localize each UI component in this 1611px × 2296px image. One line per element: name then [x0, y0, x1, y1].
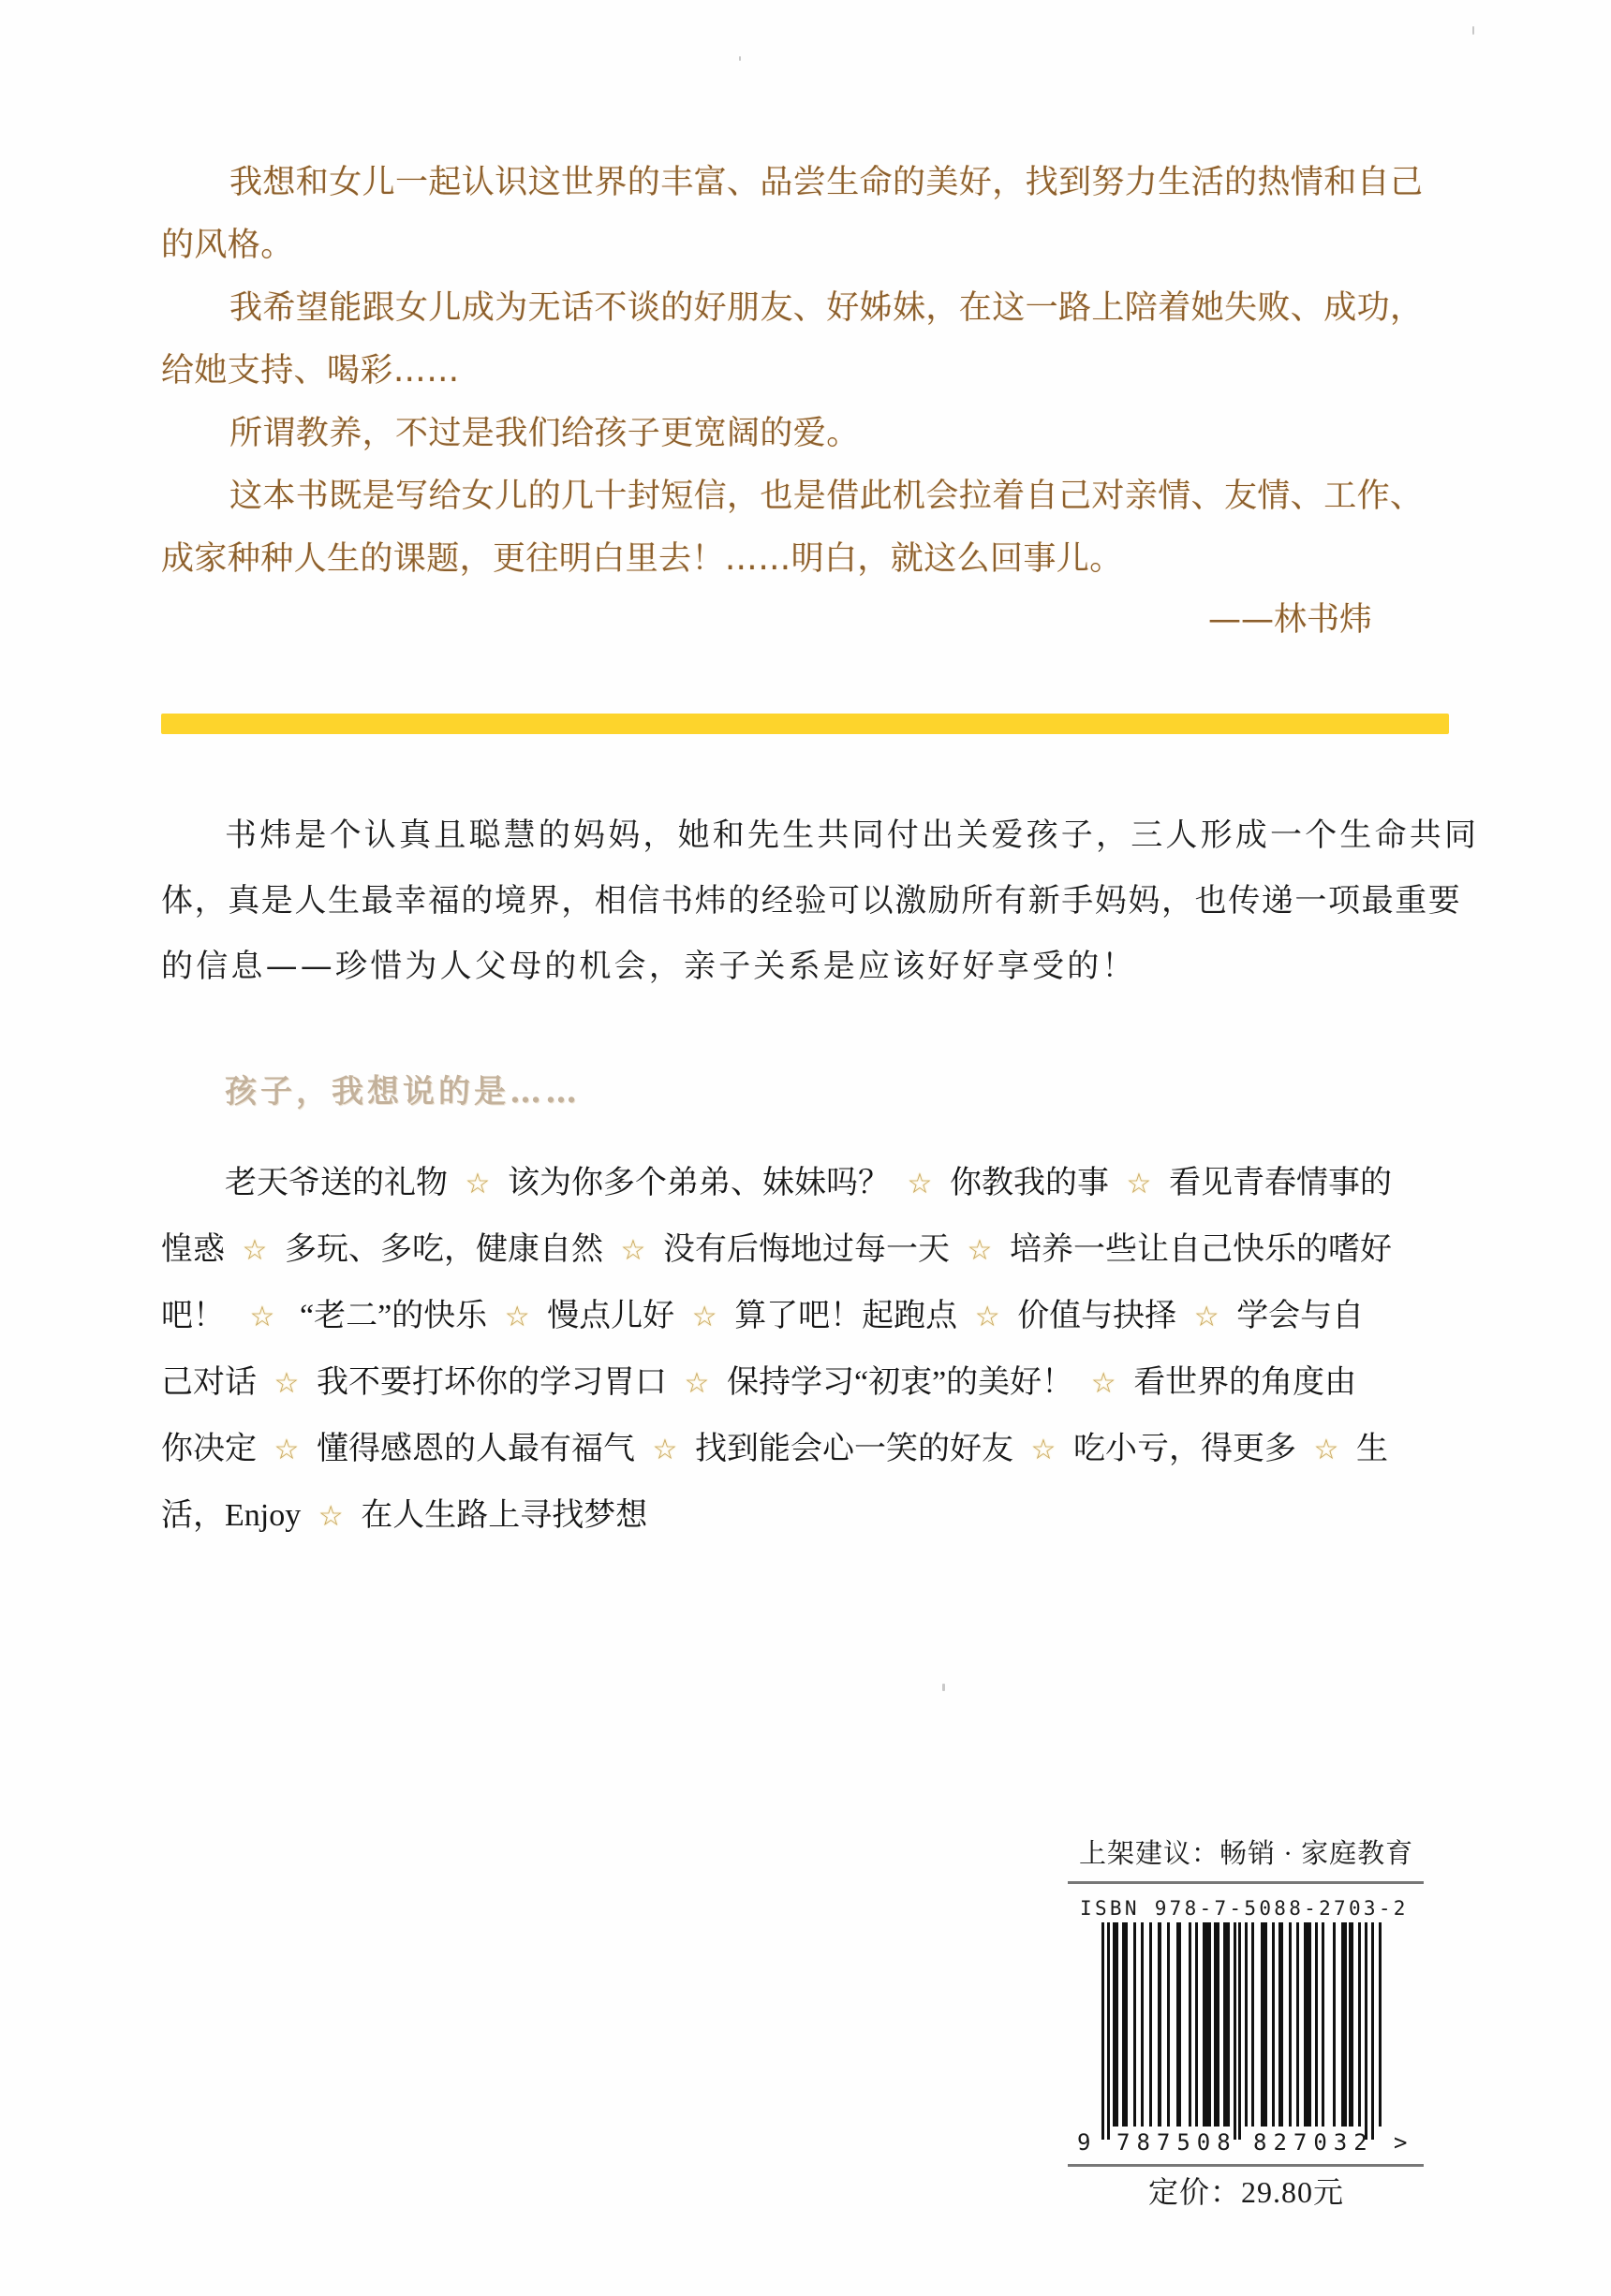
chapter-item: 价值与抉择: [1017, 1299, 1176, 1333]
barcode-bar: [1322, 1922, 1324, 2127]
star-icon: ☆: [1309, 1417, 1343, 1483]
barcode-bar: [1149, 1922, 1152, 2127]
star-icon: ☆: [238, 1217, 272, 1284]
barcode-bar: [1195, 1922, 1198, 2127]
barcode-bar: [1358, 1922, 1361, 2127]
scan-speck: [1472, 26, 1474, 35]
barcode-bar: [1296, 1922, 1299, 2127]
barcode-bar: [1333, 1922, 1336, 2127]
quote-author: ——林书炜: [1208, 592, 1372, 648]
quote-line: 成家种种人生的课题，更往明白里去！……明白，就这么回事儿。: [161, 528, 1454, 591]
chapter-item: “老二”的快乐: [300, 1299, 487, 1333]
star-icon: ☆: [1122, 1151, 1156, 1217]
barcode-bar: [1272, 1922, 1275, 2127]
endorsement-line: 书炜是个认真且聪慧的妈妈，她和先生共同付出关爱孩子，三人形成一个生命共同: [161, 802, 1454, 868]
chapter-line: 你决定☆懂得感恩的人最有福气☆找到能会心一笑的好友☆吃小亏，得更多☆生: [161, 1416, 1454, 1482]
chapter-line: 吧！☆“老二”的快乐☆慢点儿好☆算了吧！起跑点☆价值与抉择☆学会与自: [161, 1283, 1454, 1349]
barcode-bar: [1101, 1922, 1104, 2140]
barcode-bar: [1203, 1922, 1211, 2127]
barcode-bar: [1315, 1922, 1318, 2127]
quote-line: 所谓教养，不过是我们给孩子更宽阔的爱。: [161, 403, 1454, 465]
chapter-item: 慢点儿好: [547, 1299, 674, 1333]
scan-speck: [739, 56, 741, 61]
barcode-bar: [1304, 1922, 1311, 2127]
star-icon: ☆: [648, 1417, 682, 1483]
star-icon: ☆: [1190, 1284, 1223, 1350]
book-back-cover: 我想和女儿一起认识这世界的丰富、品尝生命的美好，找到努力生活的热情和自己 的风格…: [0, 0, 1611, 2296]
chapter-item: 算了吧！起跑点: [734, 1299, 957, 1333]
barcode-bar: [1158, 1922, 1161, 2127]
star-icon: ☆: [963, 1217, 997, 1284]
chapter-item: 吧！: [161, 1299, 225, 1333]
barcode-quiet-zone-arrow: >: [1394, 2127, 1407, 2158]
barcode-bar: [1122, 1922, 1128, 2127]
star-icon: ☆: [270, 1417, 303, 1483]
star-icon: ☆: [1027, 1417, 1060, 1483]
chapter-item: 你教我的事: [950, 1166, 1109, 1200]
barcode-bar: [1238, 1922, 1241, 2140]
star-icon: ☆: [970, 1284, 1004, 1350]
chapter-item: 保持学习“初衷”的美好！: [727, 1365, 1073, 1400]
star-icon: ☆: [1086, 1350, 1120, 1417]
star-icon: ☆: [687, 1284, 721, 1350]
isbn-number: ISBN 978-7-5088-2703-2: [1080, 1894, 1409, 1922]
chapter-item: 培养一些让自己快乐的嗜好: [1010, 1232, 1392, 1267]
chapter-item: 找到能会心一笑的好友: [695, 1432, 1013, 1466]
quote-line: 给她支持、喝彩……: [161, 340, 1454, 403]
barcode-bar: [1223, 1922, 1230, 2127]
divider-line: [1068, 1881, 1424, 1884]
chapter-item: 该为你多个弟弟、妹妹吗？: [508, 1166, 890, 1200]
price-label: 定价：29.80元: [1148, 2171, 1344, 2214]
section-heading: 孩子，我想说的是……: [225, 1066, 581, 1118]
barcode-bar: [1141, 1922, 1144, 2127]
chapter-line: 己对话☆我不要打坏你的学习胃口☆保持学习“初衷”的美好！☆看世界的角度由: [161, 1349, 1454, 1416]
chapter-item: 没有后悔地过每一天: [663, 1232, 950, 1267]
isbn-barcode: [1101, 1922, 1387, 2133]
yellow-divider: [161, 714, 1449, 734]
barcode-bar: [1234, 1922, 1236, 2140]
star-icon: ☆: [461, 1151, 495, 1217]
chapter-item: 老天爷送的礼物: [225, 1166, 448, 1200]
star-icon: ☆: [270, 1350, 303, 1417]
endorsement-line: 体，真是人生最幸福的境界，相信书炜的经验可以激励所有新手妈妈，也传递一项最重要: [161, 868, 1454, 934]
author-quote: 我想和女儿一起认识这世界的丰富、品尝生命的美好，找到努力生活的热情和自己 的风格…: [161, 152, 1454, 591]
barcode-bar: [1251, 1922, 1254, 2127]
chapter-line: 活，Enjoy☆在人生路上寻找梦想: [161, 1482, 1454, 1549]
quote-line: 我希望能跟女儿成为无话不谈的好朋友、好姊妹，在这一路上陪着她失败、成功，: [161, 277, 1454, 340]
quote-line: 这本书既是写给女儿的几十封短信，也是借此机会拉着自己对亲情、友情、工作、: [161, 465, 1454, 528]
barcode-digit-prefix: 9: [1077, 2127, 1090, 2158]
chapter-item: 看世界的角度由: [1133, 1365, 1356, 1400]
barcode-bar: [1278, 1922, 1283, 2127]
star-icon: ☆: [903, 1151, 937, 1217]
barcode-bar: [1379, 1922, 1382, 2127]
barcode-bar: [1189, 1922, 1191, 2127]
barcode-bar: [1261, 1922, 1267, 2127]
chapter-item: 在人生路上寻找梦想: [361, 1498, 647, 1533]
chapter-item: 我不要打坏你的学习胃口: [317, 1365, 667, 1400]
quote-line: 我想和女儿一起认识这世界的丰富、品尝生命的美好，找到努力生活的热情和自己: [161, 152, 1454, 214]
barcode-digits-right: 827032: [1253, 2127, 1374, 2158]
barcode-bar: [1371, 1922, 1374, 2140]
star-icon: ☆: [245, 1284, 279, 1350]
chapter-line: 老天爷送的礼物☆该为你多个弟弟、妹妹吗？☆你教我的事☆看见青春情事的: [161, 1150, 1454, 1216]
chapter-item: 多玩、多吃，健康自然: [285, 1232, 603, 1267]
star-icon: ☆: [314, 1483, 347, 1550]
barcode-bar: [1214, 1922, 1219, 2127]
chapter-item: 学会与自: [1236, 1299, 1364, 1333]
barcode-bar: [1245, 1922, 1248, 2127]
chapter-list: 老天爷送的礼物☆该为你多个弟弟、妹妹吗？☆你教我的事☆看见青春情事的 惶惑☆多玩…: [161, 1150, 1454, 1549]
endorsement-paragraph: 书炜是个认真且聪慧的妈妈，她和先生共同付出关爱孩子，三人形成一个生命共同 体，真…: [161, 802, 1454, 999]
star-icon: ☆: [616, 1217, 650, 1284]
chapter-item: 懂得感恩的人最有福气: [317, 1432, 635, 1466]
barcode-bar: [1341, 1922, 1347, 2127]
barcode-bar: [1107, 1922, 1110, 2140]
barcode-bar: [1365, 1922, 1367, 2140]
divider-line: [1068, 2164, 1424, 2167]
chapter-item: 吃小亏，得更多: [1073, 1432, 1296, 1466]
shelf-category-label: 上架建议：畅销 · 家庭教育: [1079, 1833, 1413, 1875]
barcode-digits-left: 787508: [1116, 2127, 1237, 2158]
barcode-bar: [1289, 1922, 1292, 2127]
chapter-item: 你决定: [161, 1432, 257, 1466]
scan-speck: [942, 1684, 945, 1691]
chapter-item: 看见青春情事的: [1169, 1166, 1392, 1200]
barcode-bar: [1167, 1922, 1170, 2127]
endorsement-line: 的信息——珍惜为人父母的机会，亲子关系是应该好好享受的！: [161, 934, 1454, 999]
star-icon: ☆: [500, 1284, 534, 1350]
chapter-line: 惶惑☆多玩、多吃，健康自然☆没有后悔地过每一天☆培养一些让自己快乐的嗜好: [161, 1216, 1454, 1283]
barcode-bar: [1133, 1922, 1136, 2127]
chapter-item: 己对话: [161, 1365, 257, 1400]
barcode-bar: [1349, 1922, 1353, 2127]
star-icon: ☆: [680, 1350, 714, 1417]
chapter-item: 惶惑: [161, 1232, 225, 1267]
quote-line: 的风格。: [161, 214, 1454, 277]
barcode-bar: [1113, 1922, 1118, 2127]
chapter-item: 活，Enjoy: [161, 1498, 301, 1533]
barcode-bar: [1176, 1922, 1181, 2127]
chapter-item: 生: [1356, 1432, 1388, 1466]
